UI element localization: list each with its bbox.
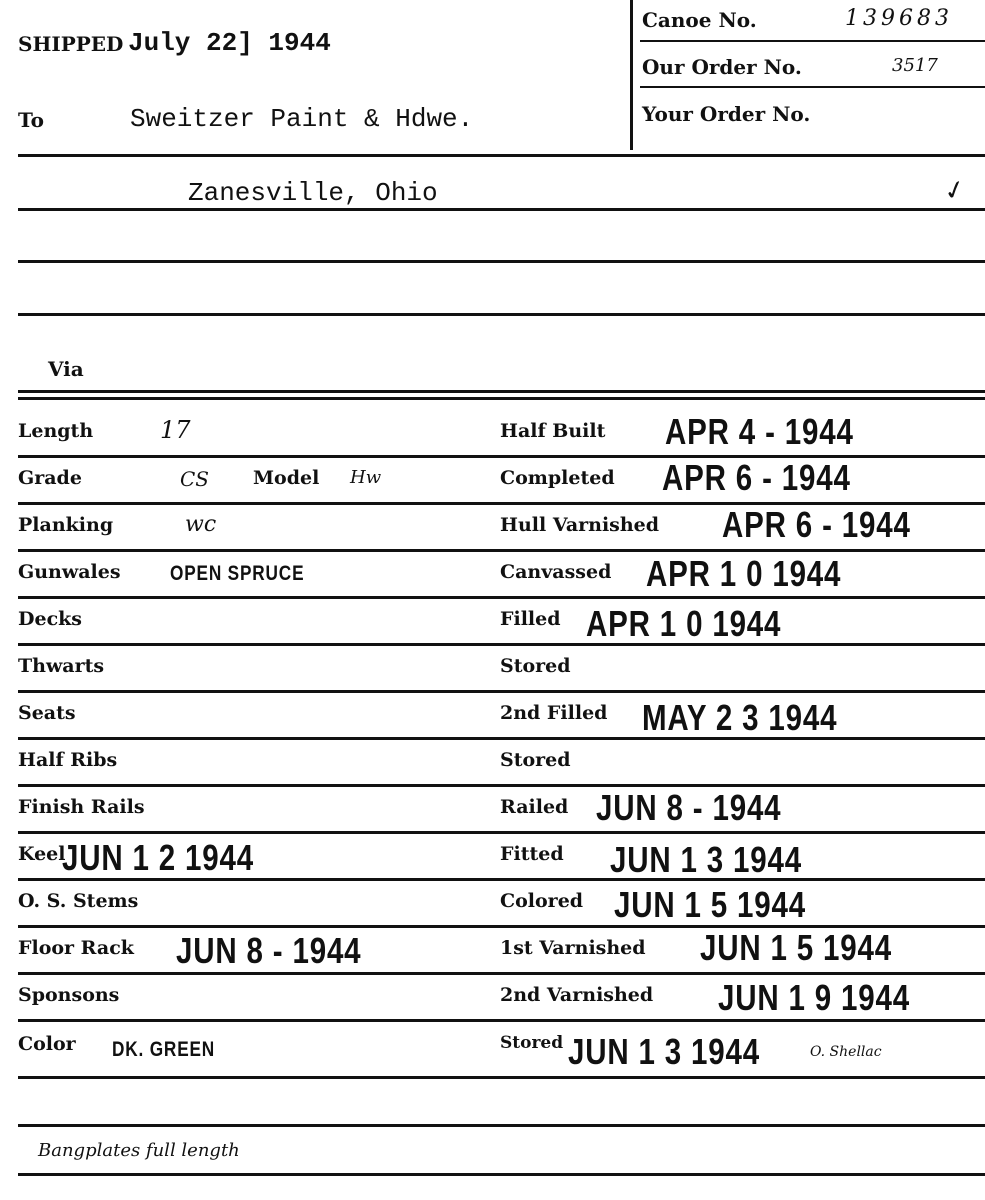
color-value: DK. GREEN [112,1038,215,1062]
grade-value: CS [180,467,209,491]
finish-rails-label: Finish Rails [18,796,145,818]
thwarts-label: Thwarts [18,655,104,677]
via-label: Via [48,357,84,381]
os-stems-label: O. S. Stems [18,890,138,912]
rule-row-6 [18,690,985,693]
fitted-value: JUN 1 3 1944 [610,842,802,878]
filled-value: APR 1 0 1944 [586,606,781,642]
model-value: Hw [350,467,381,488]
our-order-label: Our Order No. [642,55,802,79]
stored-1-label: Stored [500,655,571,677]
hull-varnished-label: Hull Varnished [500,514,659,536]
first-varnished-value: JUN 1 5 1944 [700,930,892,966]
rule-row-7 [18,737,985,740]
stored-2-label: Stored [500,749,571,771]
shipped-date: July 22] 1944 [128,28,331,58]
grade-label: Grade [18,467,82,489]
half-built-value: APR 4 - 1944 [665,414,854,450]
fitted-label: Fitted [500,843,564,865]
check-mark-icon: ✓ [940,174,969,209]
rule-row-4 [18,596,985,599]
second-filled-value: MAY 2 3 1944 [642,700,837,736]
keel-label: Keel [18,843,66,865]
canvassed-label: Canvassed [500,561,611,583]
canoe-no-value: 139683 [845,6,953,31]
shipped-label: SHIPPED [18,32,123,56]
our-order-underline [640,86,985,88]
colored-label: Colored [500,890,583,912]
stored-3-note: O. Shellac [810,1044,882,1060]
to-label: To [18,108,44,132]
color-label: Color [18,1033,76,1055]
railed-label: Railed [500,796,568,818]
rule-notes-2 [18,1173,985,1176]
rule-via-lower [18,397,985,400]
half-built-label: Half Built [500,420,605,442]
second-varnished-label: 2nd Varnished [500,984,653,1006]
rule-row-14 [18,1076,985,1079]
floor-rack-label: Floor Rack [18,937,134,959]
filled-label: Filled [500,608,561,630]
floor-rack-value: JUN 8 - 1944 [176,933,361,969]
rule-row-13 [18,1019,985,1022]
rule-row-10 [18,878,985,881]
stored-3-label: Stored [500,1033,563,1053]
rule-to [18,154,985,157]
colored-value: JUN 1 5 1944 [614,887,806,923]
order-box-divider [630,0,633,150]
rule-row-8 [18,784,985,787]
hull-varnished-value: APR 6 - 1944 [722,507,911,543]
canoe-no-underline [640,40,985,42]
rule-row-3 [18,549,985,552]
rule-via-upper [18,390,985,393]
rule-row-9 [18,831,985,834]
planking-value: wc [185,512,216,537]
half-ribs-label: Half Ribs [18,749,117,771]
length-label: Length [18,420,93,442]
completed-label: Completed [500,467,615,489]
first-varnished-label: 1st Varnished [500,937,646,959]
railed-value: JUN 8 - 1944 [596,790,781,826]
sponsons-label: Sponsons [18,984,119,1006]
planking-label: Planking [18,514,113,536]
keel-value: JUN 1 2 1944 [62,840,254,876]
model-label: Model [253,467,319,489]
address-line-1: Zanesville, Ohio [188,178,438,208]
your-order-label: Your Order No. [642,102,810,126]
seats-label: Seats [18,702,76,724]
canoe-no-label: Canoe No. [642,8,757,32]
canvassed-value: APR 1 0 1944 [646,556,841,592]
notes-line-2: Bangplates full length [38,1140,240,1161]
rule-notes-1 [18,1124,985,1127]
length-value: 17 [160,416,191,444]
rule-row-5 [18,643,985,646]
completed-value: APR 6 - 1944 [662,460,851,496]
second-filled-label: 2nd Filled [500,702,607,724]
second-varnished-value: JUN 1 9 1944 [718,980,910,1016]
stored-3-value: JUN 1 3 1944 [568,1034,760,1070]
gunwales-label: Gunwales [18,561,121,583]
rule-address-1 [18,208,985,211]
gunwales-value: OPEN SPRUCE [170,562,304,586]
our-order-value: 3517 [892,55,938,76]
rule-address-2 [18,260,985,263]
decks-label: Decks [18,608,82,630]
rule-row-12 [18,972,985,975]
to-name: Sweitzer Paint & Hdwe. [130,104,473,134]
rule-address-3 [18,313,985,316]
